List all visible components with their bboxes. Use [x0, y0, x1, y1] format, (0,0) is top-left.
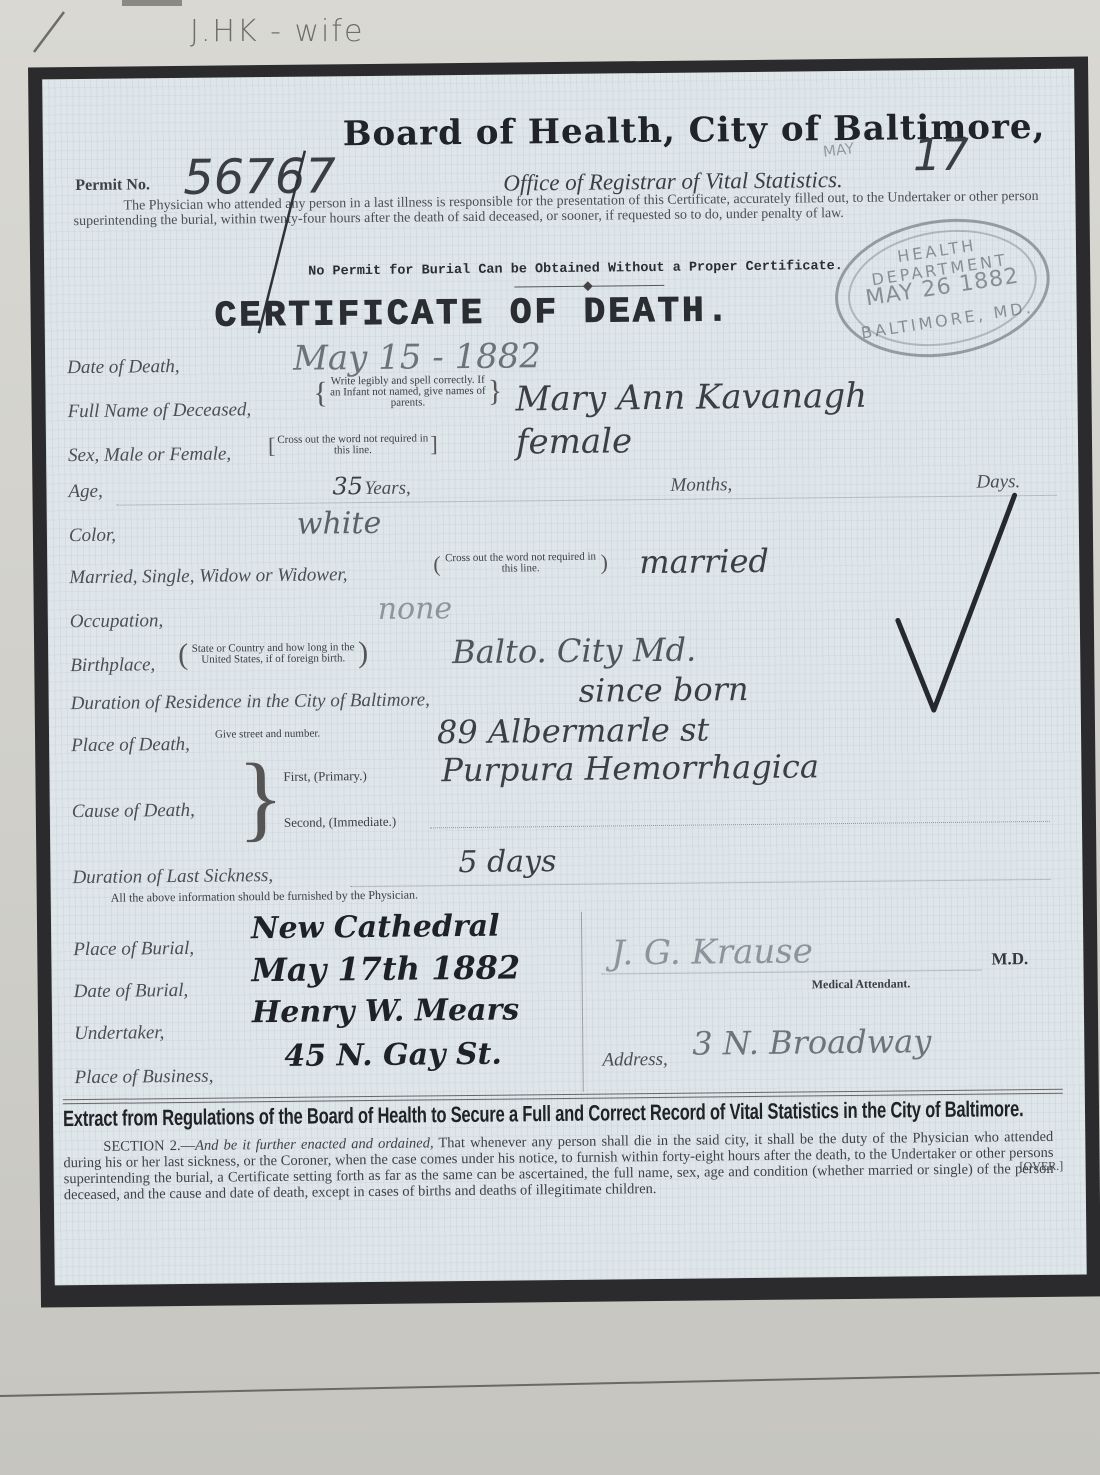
check-mark [887, 489, 1029, 720]
md-suffix: M.D. [991, 949, 1028, 969]
margin-mark: 17 [913, 130, 970, 182]
burial-divider [581, 912, 584, 1092]
immediate-cause-label: Second, (Immediate.) [284, 816, 396, 828]
birthplace-label: Birthplace, [70, 654, 155, 677]
place-of-death-value: 89 Albermarle st [437, 710, 710, 751]
paper-edge-strip [122, 0, 182, 6]
last-sickness-value: 5 days [458, 844, 556, 880]
health-department-stamp: HEALTH DEPARTMENT MAY 26 1882 BALTIMORE,… [825, 205, 1059, 372]
birthplace-instructions: ( State or Country and how long in the U… [178, 638, 378, 670]
last-sickness-label: Duration of Last Sickness, [72, 865, 273, 889]
undertaker-label: Undertaker, [74, 1022, 164, 1045]
date-of-burial-value: May 17th 1882 [251, 948, 520, 989]
date-of-death-value: May 15 - 1882 [293, 336, 541, 379]
sex-value: female [516, 421, 633, 462]
cause-of-death-label: Cause of Death, [72, 800, 195, 823]
full-name-instructions: { Write legibly and spell correctly. If … [313, 375, 503, 410]
place-of-death-instructions: Give street and number. [215, 728, 325, 740]
sex-instructions: [ Cross out the word not required in thi… [268, 433, 458, 457]
primary-cause-label: First, (Primary.) [283, 770, 366, 782]
place-of-business-value: 45 N. Gay St. [284, 1037, 502, 1074]
place-of-death-label: Place of Death, [71, 734, 190, 757]
over-marker: [OVER.] [1020, 1159, 1064, 1174]
medical-attendant-caption: Medical Attendant. [812, 978, 911, 990]
place-of-burial-label: Place of Burial, [73, 938, 194, 961]
corner-tick-mark [28, 8, 68, 56]
color-label: Color, [69, 525, 116, 547]
ornament-divider [514, 285, 664, 288]
immediate-cause-rule [430, 821, 1050, 828]
faint-stamp-text: MAY [822, 139, 855, 160]
marital-status-instructions: ( Cross out the word not required in thi… [433, 551, 623, 575]
occupation-value: none [378, 591, 453, 627]
age-years-label: Years, [364, 478, 411, 500]
permit-label: Permit No. [75, 176, 150, 195]
physician-signature: J. G. Krause [611, 931, 813, 973]
place-of-burial-value: New Cathedral [251, 909, 500, 947]
certificate-frame: Board of Health, City of Baltimore, Perm… [28, 56, 1100, 1307]
handwritten-note: J.HK - wife [190, 14, 364, 49]
last-sickness-rule [351, 879, 1051, 887]
age-label: Age, [68, 481, 103, 503]
color-value: white [297, 506, 382, 542]
death-certificate: Board of Health, City of Baltimore, Perm… [42, 69, 1087, 1286]
section-label: SECTION 2.— [63, 1138, 195, 1155]
date-of-burial-label: Date of Burial, [74, 980, 189, 1003]
residence-duration-value: since born [578, 670, 748, 710]
page-edge-line [0, 1372, 1100, 1397]
address-value: 3 N. Broadway [692, 1022, 931, 1063]
marital-status-label: Married, Single, Widow or Widower, [69, 564, 347, 589]
undertaker-value: Henry W. Mears [252, 992, 520, 1030]
full-name-label: Full Name of Deceased, [68, 399, 252, 423]
extract-section-text: SECTION 2.—And be it further enacted and… [63, 1129, 1054, 1203]
primary-cause-value: Purpura Hemorrhagica [441, 747, 819, 789]
birthplace-value: Balto. City Md. [452, 631, 696, 672]
address-label: Address, [602, 1049, 668, 1072]
age-months-label: Months, [670, 474, 732, 497]
age-years-value: 35 [332, 472, 363, 500]
place-of-business-label: Place of Business, [74, 1066, 213, 1089]
occupation-label: Occupation, [70, 610, 164, 633]
cause-brace: } [237, 749, 284, 845]
no-permit-notice: No Permit for Burial Can be Obtained Wit… [308, 259, 843, 280]
date-of-death-label: Date of Death, [67, 356, 180, 379]
residence-duration-label: Duration of Residence in the City of Bal… [71, 689, 430, 715]
certificate-title: CERTIFICATE OF DEATH. [214, 290, 731, 336]
full-name-value: Mary Ann Kavanagh [515, 376, 867, 420]
sex-label: Sex, Male or Female, [68, 443, 231, 467]
physician-note: All the above information should be furn… [111, 890, 418, 904]
marital-status-value: married [639, 542, 769, 581]
